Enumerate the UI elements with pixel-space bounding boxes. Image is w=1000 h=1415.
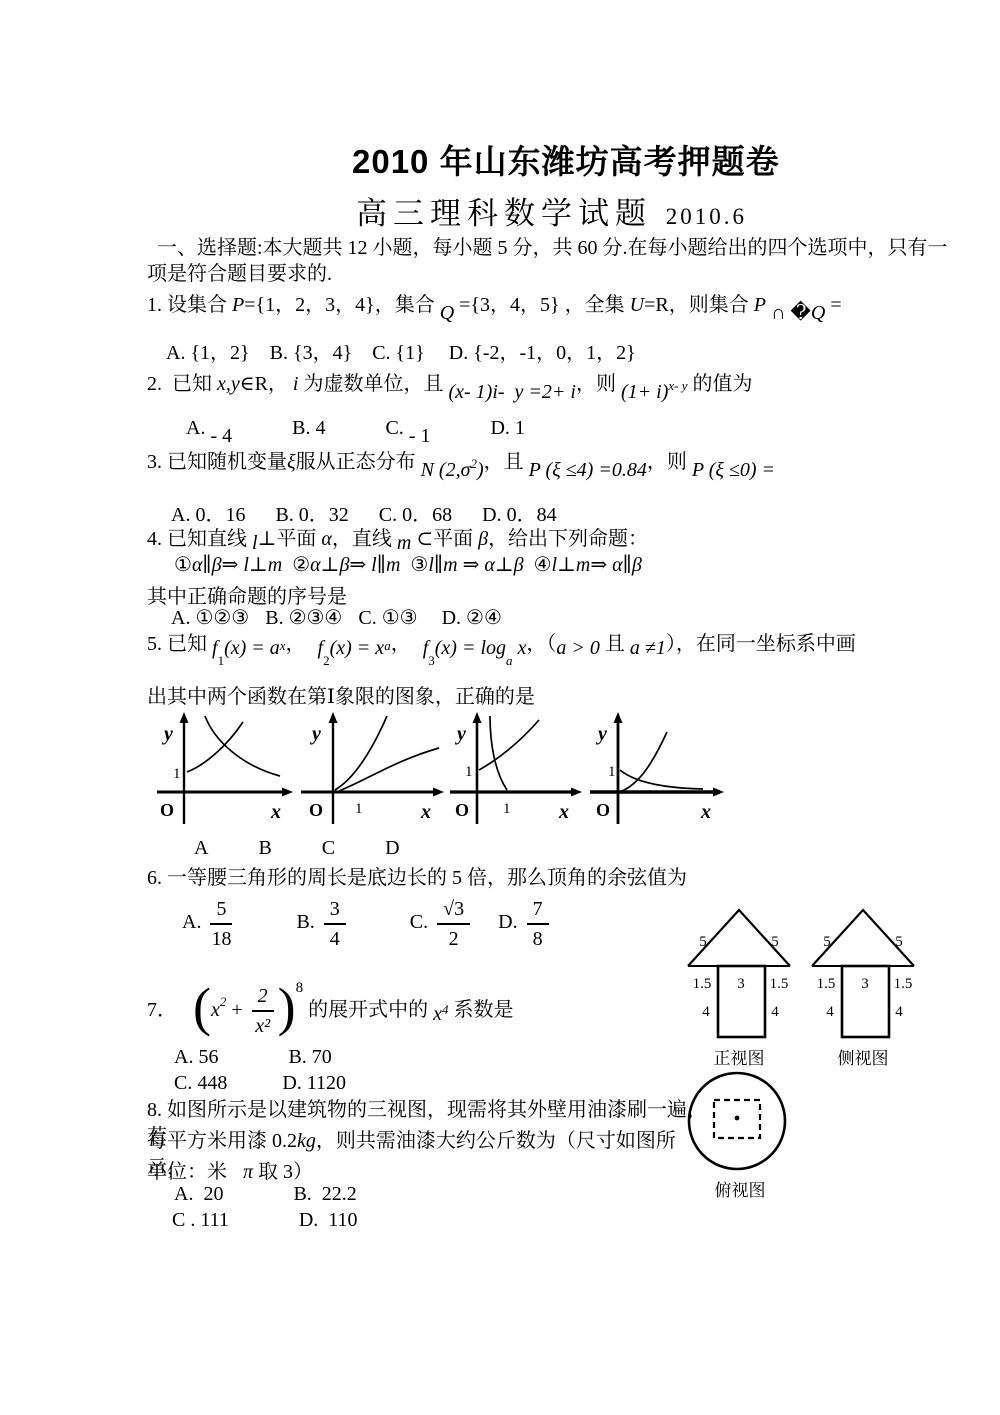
graph-a-origin: O [160,800,174,820]
q5-graph-b: y O 1 x [295,710,445,830]
q8-option-b: B. 22.2 [293,1183,356,1205]
q8-option-c: C . 111 [172,1209,229,1231]
q3-option-c: C. 0．68 [379,504,452,526]
q5-option-c: C [322,837,335,859]
side-view-caption: 侧视图 [838,1049,889,1068]
graph-d-tick-1: 1 [608,764,616,780]
q8-option-a: A. 20 [174,1183,223,1205]
q3-option-a: A. 0．16 [171,504,245,526]
fraction: 34 [324,897,346,950]
q6-option-c: C. [410,911,433,933]
gentle-increasing-curve [339,748,439,791]
q1-option-a: A. {1，2} [166,342,250,364]
center-dot [735,1116,740,1121]
eave-left-dim: 1.5 [693,976,712,992]
eave-right-dim: 1.5 [894,976,913,992]
question-5-options: ABCD [194,835,400,862]
steep-increasing-curve [335,716,387,790]
question-5-text-line1: 5. 已知 f1(x) = ax，f2(x) = xa，f3(x) = loga… [147,631,856,658]
q4-option-d: D. ②④ [442,607,502,629]
q6-option-a: A. [182,911,206,933]
q2-option-a: A. [186,417,210,439]
q3-option-b: B. 0．32 [275,504,348,526]
question-1-text: 1. 设集合 P={1，2，3，4}，集合 Q ={3，4，5} ，全集 U=R… [147,292,842,319]
fraction: 78 [527,897,549,950]
y-axis-arrow [329,712,338,723]
graph-a-tick-1: 1 [173,766,181,782]
question-4-propositions: ①α∥β⇒ l⊥m ②α⊥β⇒ l∥m ③l∥m ⇒ α⊥β ④l⊥m⇒ α∥β [174,552,642,579]
top-view-caption: 俯视图 [715,1181,766,1200]
graph-c-origin: O [455,800,469,820]
decreasing-curve [620,770,703,789]
width-dim: 3 [737,976,745,992]
front-view-diagram: 5 5 1.5 3 1.5 4 4 正视图 [676,896,802,1072]
y-axis-arrow [180,712,189,723]
q5-graph-d: y O 1 x [585,710,725,830]
q7-option-d: D. 1120 [282,1072,346,1094]
wall-left-dim: 4 [702,1004,710,1020]
q2-option-c: C. [385,417,408,439]
question-5-text-line2: 出其中两个函数在第Ⅰ象限的图象，正确的是 [147,684,535,711]
x-axis-arrow [571,788,582,797]
roof-left-dim: 5 [699,934,707,950]
circle-outline [689,1073,785,1169]
q4-option-b: B. ②③④ [265,607,342,629]
graph-c-ylabel: y [455,723,466,745]
q3-option-d: D. 0．84 [482,504,556,526]
question-2-text: 2. 已知 x,y∈R， i 为虚数单位，且 (x- 1)i- y =2+ i，… [147,371,752,398]
wall-left-dim: 4 [826,1004,834,1020]
section-intro-line1: 一、选择题:本大题共 12 小题，每小题 5 分，共 60 分.在每小题给出的四… [157,235,948,262]
side-view-diagram: 5 5 1.5 3 1.5 4 4 侧视图 [800,896,926,1072]
question-5-graphs: y O 1 x y O 1 x y O 1 [147,710,725,830]
question-4-text: 4. 已知直线 l⊥平面 α，直线 m ⊂平面 β，给出下列命题： [147,526,648,553]
y-axis-arrow [473,712,482,723]
page-title: 2010 年山东潍坊高考押题卷 [352,136,780,183]
question-7-options-row1: A. 56B. 70 [174,1044,332,1071]
section-intro-line2: 项是符合题目要求的. [147,261,332,288]
graph-b-origin: O [309,800,323,820]
q5-option-d: D [385,837,399,859]
graph-a-ylabel: y [162,723,173,745]
q5-option-b: B [258,837,271,859]
question-4-options: A. ①②③B. ②③④C. ①③D. ②④ [171,605,502,632]
q4-option-a: A. ①②③ [171,607,249,629]
question-1-options: A. {1，2}B. {3，4}C. {1}D. {-2，-1，0，1，2} [166,340,636,367]
q8-option-d: D. 110 [299,1209,358,1231]
q6-option-d: D. [498,911,522,933]
q7-option-c: C. 448 [174,1072,227,1094]
graph-d-xlabel: x [700,801,711,823]
graph-a-xlabel: x [270,801,281,823]
q5-graph-a: y O 1 x [147,710,295,830]
eave-right-dim: 1.5 [770,976,789,992]
fraction: 2x² [252,984,274,1037]
q1-option-d: D. {-2，-1，0，1，2} [449,342,636,364]
roof-right-dim: 5 [895,934,903,950]
graph-b-tick-1: 1 [355,801,363,817]
question-6-options: A. 518B. 34C. √32D. 78 [182,897,553,950]
q2-option-b: B. 4 [292,417,325,439]
roof-left-dim: 5 [823,934,831,950]
question-3-text: 3. 已知随机变量ξ服从正态分布 N (2,σ2)，且 P (ξ ≤4) =0.… [147,449,775,476]
q7-option-a: A. 56 [174,1046,218,1068]
q7-option-b: B. 70 [288,1046,331,1068]
q6-option-b: B. [296,911,319,933]
eave-left-dim: 1.5 [817,976,836,992]
question-6-text: 6. 一等腰三角形的周长是底边长的 5 倍，那么顶角的余弦值为 [147,865,687,892]
increasing-curve [187,722,243,772]
question-8-options-row2: C . 111D. 110 [172,1207,358,1234]
x-axis-arrow [433,788,444,797]
subtitle-text: 高三理科数学试题 [356,196,652,231]
subtitle-date: 2010.6 [666,204,747,229]
graph-c-xlabel: x [558,801,569,823]
y-axis-arrow [614,712,623,723]
question-3-options: A. 0．16B. 0．32C. 0．68D. 0．84 [171,502,557,529]
page-subtitle: 高三理科数学试题 2010.6 [356,188,747,233]
graph-c-tick-1y: 1 [465,764,473,780]
x-axis-arrow [282,788,293,797]
graph-b-xlabel: x [420,801,431,823]
graph-d-ylabel: y [596,723,607,745]
increasing-curve [479,720,539,770]
wall-right-dim: 4 [895,1004,903,1020]
q4-option-c: C. ①③ [358,607,417,629]
question-7-options-row2: C. 448D. 1120 [174,1070,346,1097]
graph-d-origin: O [596,800,610,820]
graph-b-ylabel: y [310,723,321,745]
width-dim: 3 [861,976,869,992]
question-2-options: A. - 4B. 4C. - 1D. 1 [186,415,525,442]
top-view-diagram: 俯视图 [684,1062,796,1204]
fraction: 518 [210,897,232,950]
q5-option-a: A [194,837,208,859]
x-axis-arrow [713,788,724,797]
graph-c-tick-1x: 1 [503,801,511,817]
question-7-text: 7．(x2 + 2x²)8 的展开式中的 x4 系数是 [147,978,514,1042]
q2-option-d: D. 1 [490,417,524,439]
exam-page: 2010 年山东潍坊高考押题卷 高三理科数学试题 2010.6 一、选择题:本大… [0,0,1000,1415]
q1-option-c: C. {1} [372,342,425,364]
q1-option-b: B. {3，4} [270,342,353,364]
roof-right-dim: 5 [771,934,779,950]
question-8-options-row1: A. 20B. 22.2 [174,1181,357,1208]
fraction: √32 [437,897,470,950]
wall-right-dim: 4 [771,1004,779,1020]
q5-graph-c: y O 1 1 x [445,710,585,830]
decreasing-curve [205,716,280,776]
